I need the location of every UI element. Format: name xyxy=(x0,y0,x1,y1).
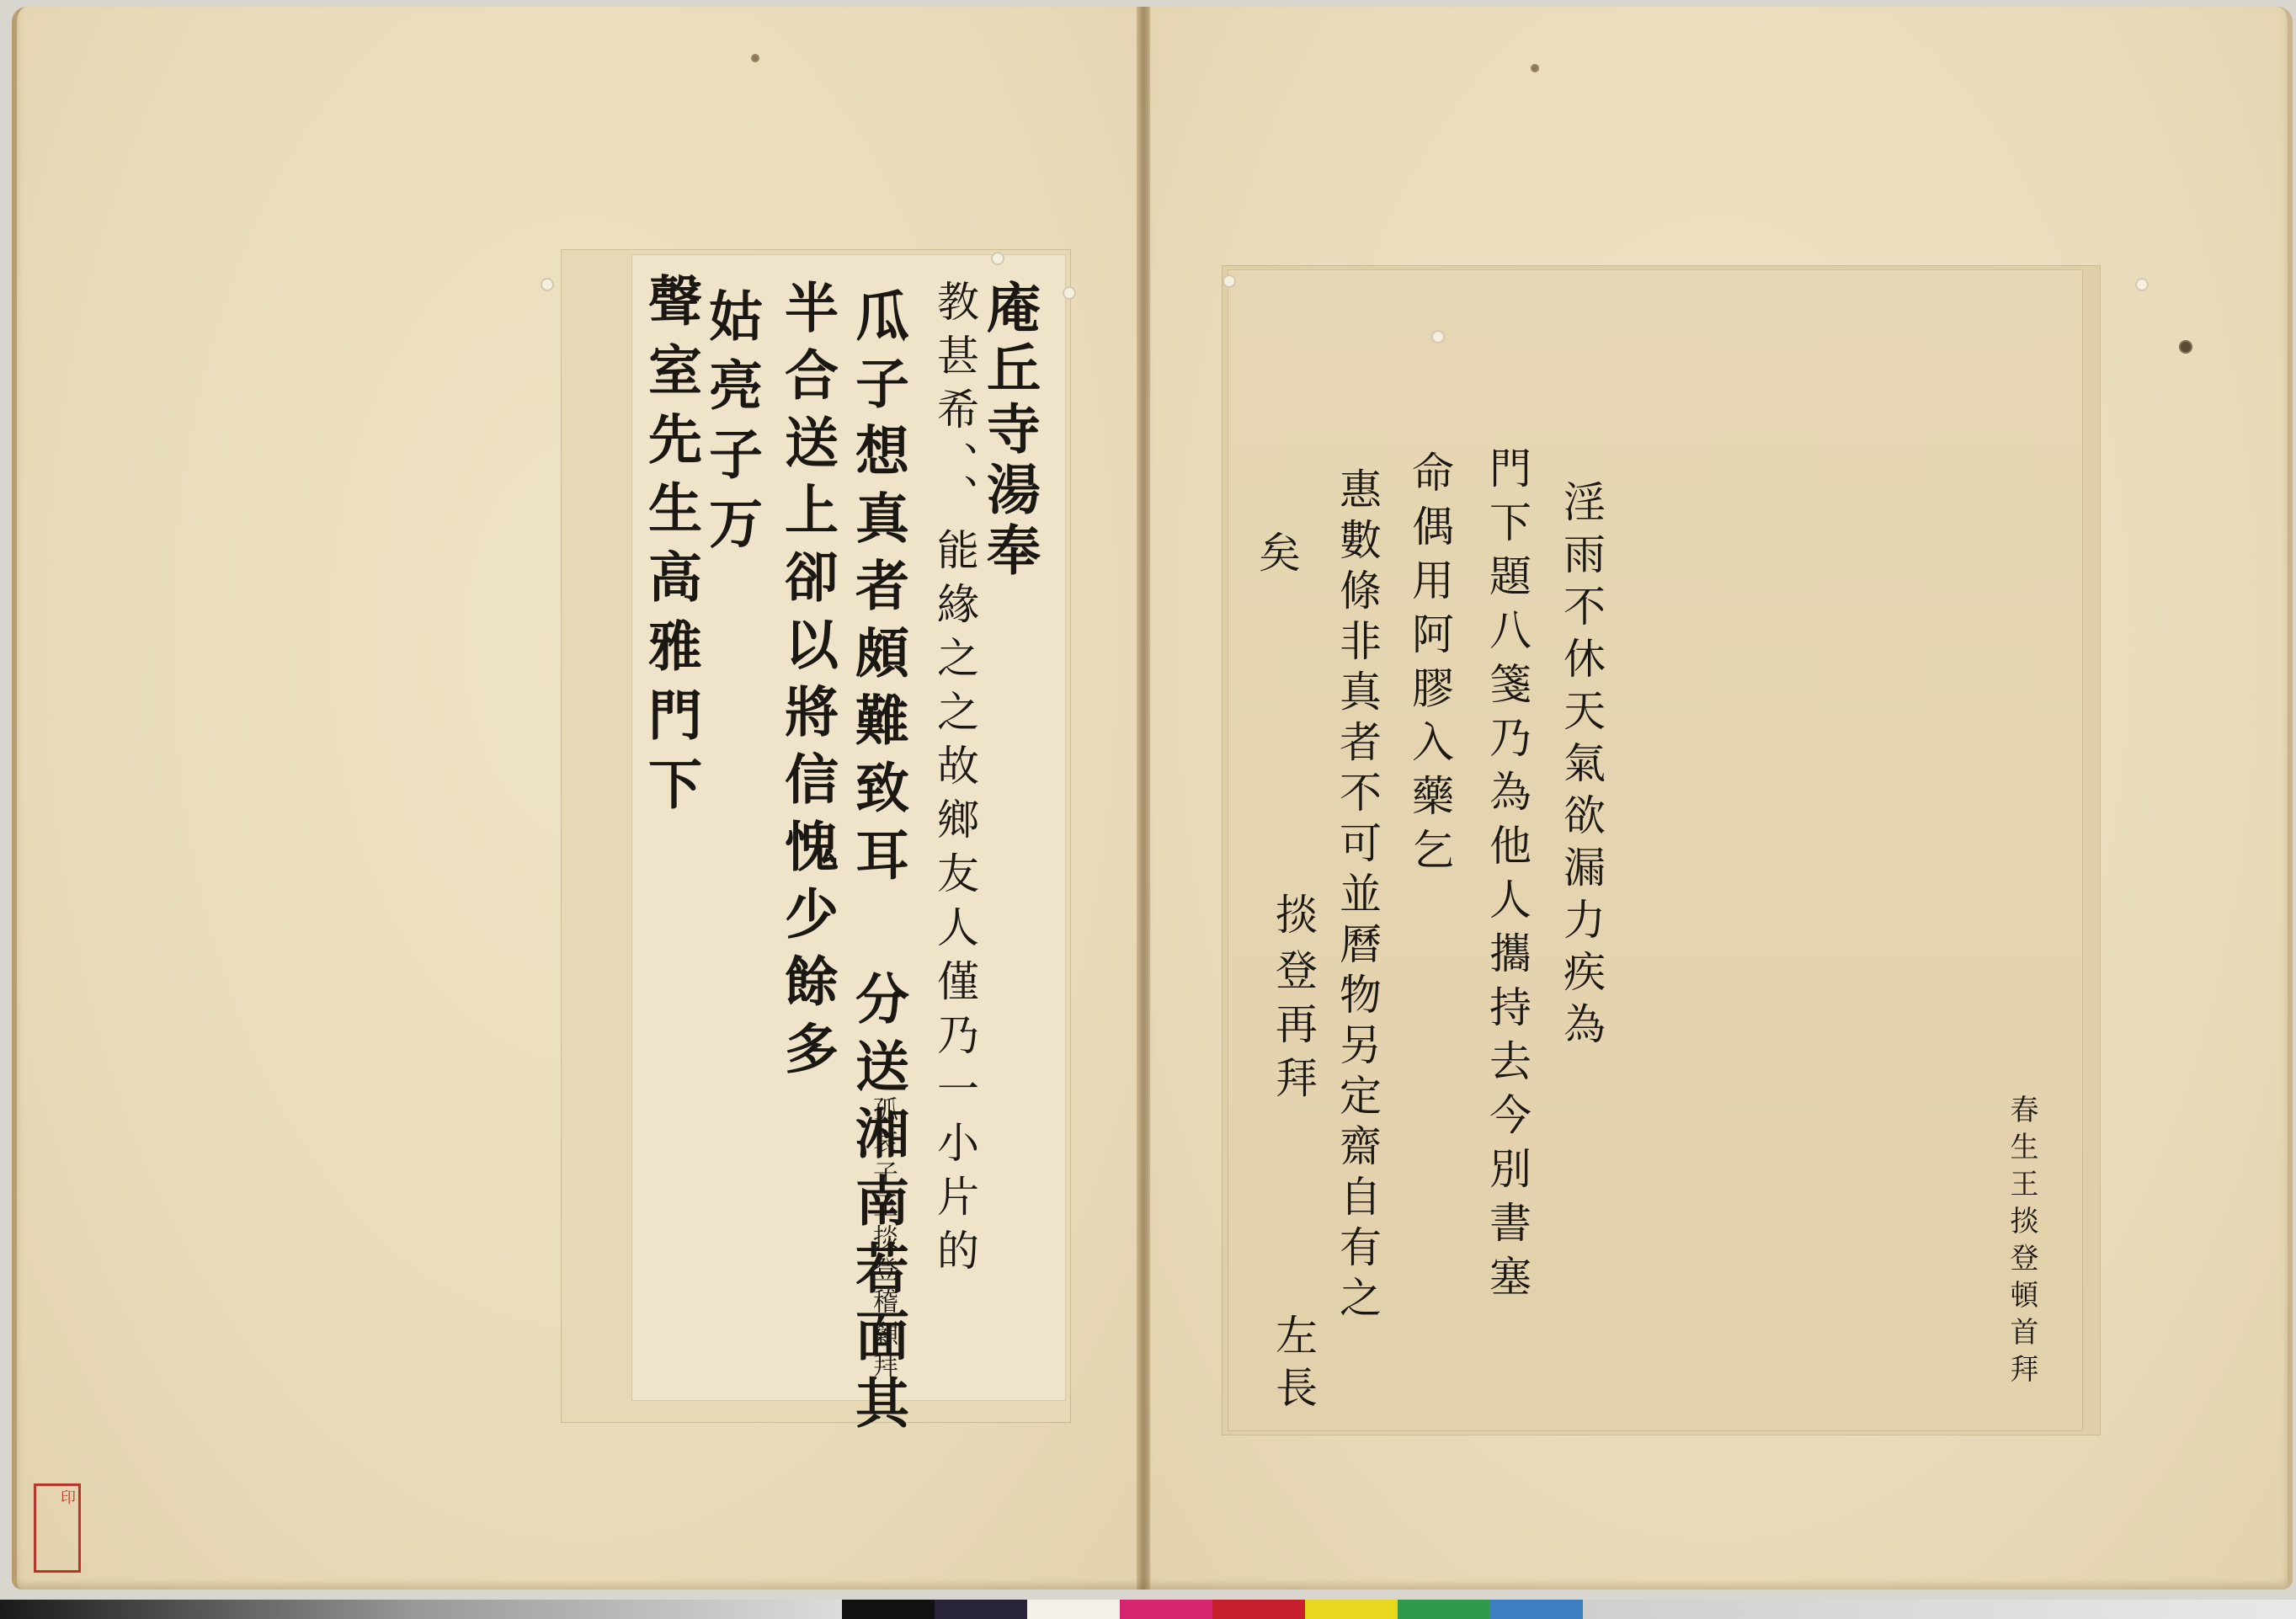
speck xyxy=(1531,64,1539,72)
letter-signature: 孤哀子王掞登稽顙拜 xyxy=(864,1096,901,1384)
mount-hole xyxy=(1223,274,1236,288)
grayscale-strip xyxy=(1583,1600,2296,1619)
color-patch xyxy=(1120,1600,1212,1619)
letter-column: 門下題八箋乃為他人攜持去今別書塞 xyxy=(1477,446,1537,1308)
letter-signature: 春生王掞登頓首拜 xyxy=(2001,1094,2043,1391)
color-calibration-bar xyxy=(0,1600,2296,1619)
right-letter-sheet: 淫雨不休天氣欲漏力疾為 門下題八箋乃為他人攜持去今別書塞 命偶用阿膠入藥乞 惠數… xyxy=(1228,269,2083,1431)
letter-column: 聲室先生高雅門下 xyxy=(631,273,709,825)
seal-text: 印 xyxy=(40,1489,75,1505)
color-patch xyxy=(1398,1600,1490,1619)
mount-hole xyxy=(991,252,1004,265)
letter-closing: 掞登 xyxy=(1263,892,1324,1004)
mount-hole xyxy=(541,278,554,291)
color-patch xyxy=(1490,1600,1583,1619)
album-spread: 庵丘寺湯奉 教甚希、、能緣之之故鄉友人僅乃一小片的 瓜子想真者頗難致耳 分送湘南… xyxy=(0,0,2296,1619)
color-patch xyxy=(1305,1600,1398,1619)
collector-seal: 印 xyxy=(34,1483,81,1573)
letter-closing: 左長 xyxy=(1263,1313,1324,1418)
letter-column: 矣 xyxy=(1246,530,1307,579)
speck xyxy=(751,54,759,62)
book-gutter xyxy=(1137,7,1150,1590)
letter-column: 半合送上卻以將信愧少餘多 xyxy=(768,280,845,1088)
grayscale-strip xyxy=(0,1600,842,1619)
letter-column: 命偶用阿膠入藥乞 xyxy=(1399,450,1460,881)
letter-column: 教甚希、、能緣之之故鄉友人僅乃一小片的 xyxy=(924,280,985,1282)
color-patch xyxy=(935,1600,1027,1619)
letter-column: 淫雨不休天氣欲漏力疾為 xyxy=(1551,480,1611,1054)
letter-column: 惠數條非真者不可並曆物另定齋自有之 xyxy=(1327,467,1388,1326)
color-patch xyxy=(1027,1600,1120,1619)
color-patch xyxy=(842,1600,935,1619)
left-letter-sheet: 庵丘寺湯奉 教甚希、、能緣之之故鄉友人僅乃一小片的 瓜子想真者頗難致耳 分送湘南… xyxy=(631,254,1066,1401)
speck xyxy=(2179,340,2192,354)
mount-hole xyxy=(1063,286,1076,300)
mount-hole xyxy=(2135,278,2149,291)
color-patch xyxy=(1212,1600,1305,1619)
letter-closing: 再拜 xyxy=(1263,1002,1324,1110)
mount-hole xyxy=(1431,330,1445,344)
